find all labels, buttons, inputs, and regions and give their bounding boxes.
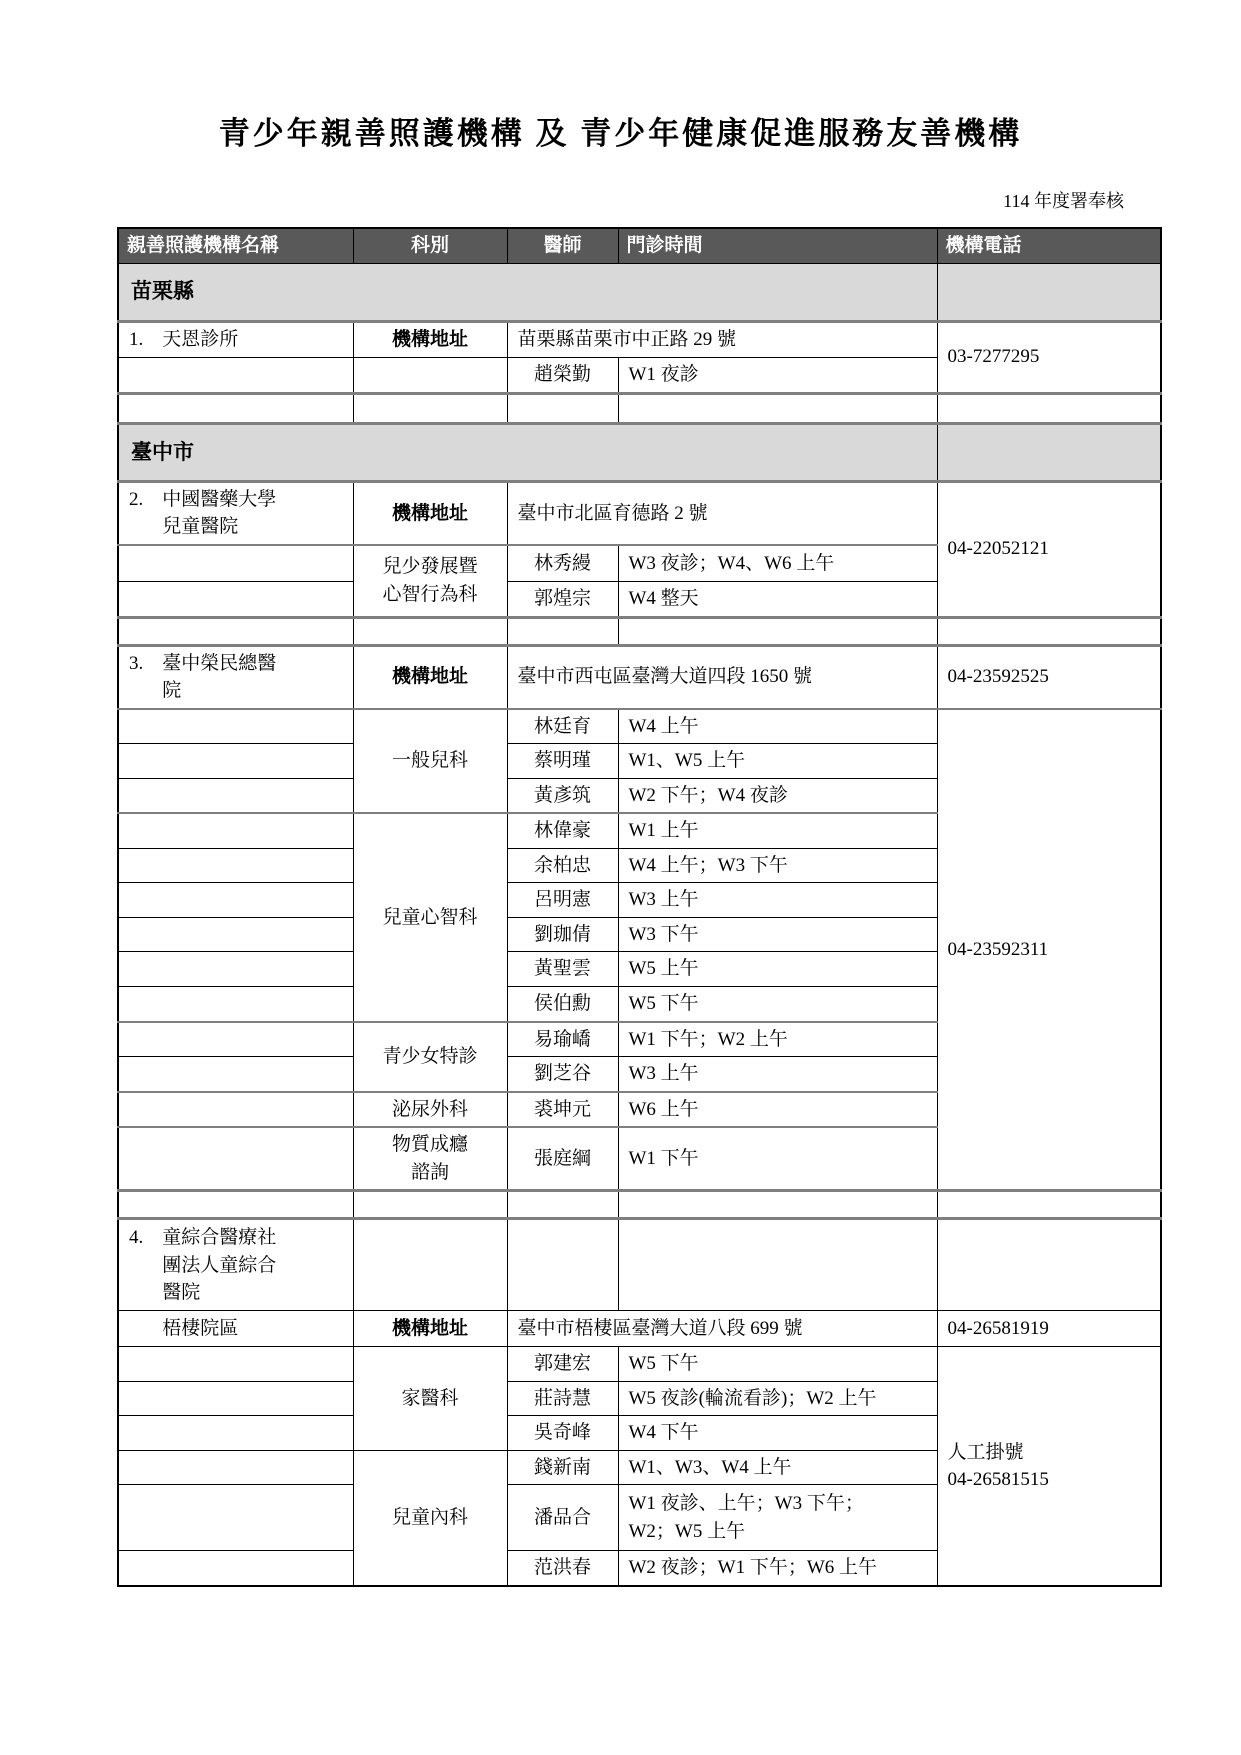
empty-cell bbox=[618, 393, 937, 423]
doctor-cell: 黃彥筑 bbox=[507, 778, 618, 813]
column-header-phone: 機構電話 bbox=[937, 228, 1161, 263]
facility-table: 親善照護機構名稱科別醫師門診時間機構電話苗栗縣1. 天恩診所機構地址苗栗縣苗栗市… bbox=[117, 227, 1162, 1587]
empty-cell bbox=[118, 1092, 353, 1128]
section-cell: 苗栗縣 bbox=[118, 263, 937, 321]
dept-cell: 家醫科 bbox=[353, 1347, 507, 1451]
empty-cell bbox=[118, 357, 353, 393]
empty-cell bbox=[937, 1191, 1161, 1219]
doctor-cell: 劉芝谷 bbox=[507, 1057, 618, 1092]
dept-cell: 泌尿外科 bbox=[353, 1092, 507, 1128]
hours-cell: W2 下午；W4 夜診 bbox=[618, 778, 937, 813]
section-cell bbox=[937, 423, 1161, 481]
empty-cell bbox=[353, 1219, 507, 1311]
empty-cell bbox=[118, 1485, 353, 1551]
doctor-cell: 潘品合 bbox=[507, 1485, 618, 1551]
empty-cell bbox=[118, 1127, 353, 1191]
empty-cell bbox=[118, 1057, 353, 1092]
empty-cell bbox=[353, 617, 507, 645]
hours-cell: W5 上午 bbox=[618, 952, 937, 987]
doctor-cell: 郭煌宗 bbox=[507, 581, 618, 617]
empty-cell bbox=[118, 393, 353, 423]
addr-label-cell: 機構地址 bbox=[353, 321, 507, 357]
addr-cell: 臺中市西屯區臺灣大道四段 1650 號 bbox=[507, 645, 937, 709]
hours-cell: W1 夜診 bbox=[618, 357, 937, 393]
doctor-cell: 林廷育 bbox=[507, 709, 618, 744]
addr-cell: 臺中市北區育德路 2 號 bbox=[507, 481, 937, 545]
org-cell: 4. 童綜合醫療社 團法人童綜合 醫院 bbox=[118, 1219, 353, 1311]
org-cell: 2. 中國醫藥大學 兒童醫院 bbox=[118, 481, 353, 545]
addr-label-cell: 機構地址 bbox=[353, 645, 507, 709]
addr-label-cell: 機構地址 bbox=[353, 1311, 507, 1347]
phone-cell: 03-7277295 bbox=[937, 321, 1161, 393]
phone-cell: 04-23592311 bbox=[937, 709, 1161, 1191]
column-header-hours: 門診時間 bbox=[618, 228, 937, 263]
hours-cell: W3 夜診；W4、W6 上午 bbox=[618, 545, 937, 581]
doctor-cell: 張庭綱 bbox=[507, 1127, 618, 1191]
column-header-name: 親善照護機構名稱 bbox=[118, 228, 353, 263]
doctor-cell: 范洪春 bbox=[507, 1551, 618, 1586]
hours-cell: W4 上午；W3 下午 bbox=[618, 848, 937, 883]
phone-cell: 04-22052121 bbox=[937, 481, 1161, 617]
doctor-cell: 林秀縵 bbox=[507, 545, 618, 581]
section-cell bbox=[937, 263, 1161, 321]
table-row: 4. 童綜合醫療社 團法人童綜合 醫院 bbox=[118, 1219, 1161, 1311]
addr-label-cell: 機構地址 bbox=[353, 481, 507, 545]
column-header-doctor: 醫師 bbox=[507, 228, 618, 263]
org-cell: 3. 臺中榮民總醫 院 bbox=[118, 645, 353, 709]
empty-cell bbox=[118, 744, 353, 779]
phone-cell: 人工掛號 04-26581515 bbox=[937, 1347, 1161, 1586]
spacer-row bbox=[118, 617, 1161, 645]
hours-cell: W5 下午 bbox=[618, 1347, 937, 1382]
doctor-cell: 裘坤元 bbox=[507, 1092, 618, 1128]
doctor-cell: 郭建宏 bbox=[507, 1347, 618, 1382]
empty-cell bbox=[507, 617, 618, 645]
org-cell: 1. 天恩診所 bbox=[118, 321, 353, 357]
hours-cell: W4 整天 bbox=[618, 581, 937, 617]
empty-cell bbox=[118, 848, 353, 883]
empty-cell bbox=[507, 1191, 618, 1219]
table-row: 一般兒科林廷育W4 上午04-23592311 bbox=[118, 709, 1161, 744]
empty-cell bbox=[118, 917, 353, 952]
section-row: 苗栗縣 bbox=[118, 263, 1161, 321]
empty-cell bbox=[118, 1381, 353, 1416]
spacer-row bbox=[118, 1191, 1161, 1219]
column-header-dept: 科別 bbox=[353, 228, 507, 263]
hours-cell: W3 上午 bbox=[618, 883, 937, 918]
hours-cell: W3 上午 bbox=[618, 1057, 937, 1092]
empty-cell bbox=[118, 1347, 353, 1382]
empty-cell bbox=[937, 393, 1161, 423]
dept-cell: 物質成癮 諮詢 bbox=[353, 1127, 507, 1191]
empty-cell bbox=[118, 545, 353, 581]
empty-cell bbox=[118, 617, 353, 645]
table-row: 3. 臺中榮民總醫 院機構地址臺中市西屯區臺灣大道四段 1650 號04-235… bbox=[118, 645, 1161, 709]
empty-cell bbox=[618, 1191, 937, 1219]
table-row: 1. 天恩診所機構地址苗栗縣苗栗市中正路 29 號03-7277295 bbox=[118, 321, 1161, 357]
table-header-row: 親善照護機構名稱科別醫師門診時間機構電話 bbox=[118, 228, 1161, 263]
phone-cell: 04-26581919 bbox=[937, 1311, 1161, 1347]
approval-note: 114 年度署奉核 bbox=[117, 187, 1160, 213]
empty-cell bbox=[507, 1219, 618, 1311]
dept-cell: 兒少發展暨 心智行為科 bbox=[353, 545, 507, 617]
doctor-cell: 黃聖雲 bbox=[507, 952, 618, 987]
table-row: 2. 中國醫藥大學 兒童醫院機構地址臺中市北區育德路 2 號04-2205212… bbox=[118, 481, 1161, 545]
empty-cell bbox=[937, 617, 1161, 645]
section-row: 臺中市 bbox=[118, 423, 1161, 481]
doctor-cell: 呂明憲 bbox=[507, 883, 618, 918]
hours-cell: W3 下午 bbox=[618, 917, 937, 952]
phone-cell: 04-23592525 bbox=[937, 645, 1161, 709]
doctor-cell: 易瑜嶠 bbox=[507, 1022, 618, 1057]
empty-cell bbox=[118, 883, 353, 918]
page-title: 青少年親善照護機構 及 青少年健康促進服務友善機構 bbox=[40, 108, 1201, 153]
empty-cell bbox=[353, 357, 507, 393]
hours-cell: W6 上午 bbox=[618, 1092, 937, 1128]
spacer-row bbox=[118, 393, 1161, 423]
empty-cell bbox=[618, 1219, 937, 1311]
org2-cell: 梧棲院區 bbox=[118, 1311, 353, 1347]
document-page: 青少年親善照護機構 及 青少年健康促進服務友善機構 114 年度署奉核 親善照護… bbox=[0, 0, 1241, 1587]
dept-cell: 兒童內科 bbox=[353, 1450, 507, 1586]
empty-cell bbox=[118, 778, 353, 813]
doctor-cell: 蔡明瑾 bbox=[507, 744, 618, 779]
empty-cell bbox=[118, 709, 353, 744]
doctor-cell: 趙榮勤 bbox=[507, 357, 618, 393]
empty-cell bbox=[118, 581, 353, 617]
hours-cell: W1、W3、W4 上午 bbox=[618, 1450, 937, 1485]
hours-cell: W1 上午 bbox=[618, 813, 937, 848]
empty-cell bbox=[118, 1416, 353, 1451]
hours-cell: W5 夜診(輪流看診)；W2 上午 bbox=[618, 1381, 937, 1416]
hours-cell: W4 下午 bbox=[618, 1416, 937, 1451]
hours-cell: W4 上午 bbox=[618, 709, 937, 744]
hours-cell: W1 下午；W2 上午 bbox=[618, 1022, 937, 1057]
empty-cell bbox=[353, 1191, 507, 1219]
doctor-cell: 劉珈倩 bbox=[507, 917, 618, 952]
empty-cell bbox=[507, 393, 618, 423]
doctor-cell: 吳奇峰 bbox=[507, 1416, 618, 1451]
empty-cell bbox=[353, 393, 507, 423]
addr-cell: 苗栗縣苗栗市中正路 29 號 bbox=[507, 321, 937, 357]
empty-cell bbox=[118, 987, 353, 1022]
empty-cell bbox=[118, 1551, 353, 1586]
doctor-cell: 余柏忠 bbox=[507, 848, 618, 883]
section-cell: 臺中市 bbox=[118, 423, 937, 481]
empty-cell bbox=[118, 952, 353, 987]
table-row: 家醫科郭建宏W5 下午人工掛號 04-26581515 bbox=[118, 1347, 1161, 1382]
empty-cell bbox=[118, 1022, 353, 1057]
addr-cell: 臺中市梧棲區臺灣大道八段 699 號 bbox=[507, 1311, 937, 1347]
doctor-cell: 錢新南 bbox=[507, 1450, 618, 1485]
dept-cell: 青少女特診 bbox=[353, 1022, 507, 1092]
doctor-cell: 莊詩慧 bbox=[507, 1381, 618, 1416]
empty-cell bbox=[118, 1191, 353, 1219]
hours-cell: W1 下午 bbox=[618, 1127, 937, 1191]
hours-cell: W1、W5 上午 bbox=[618, 744, 937, 779]
dept-cell: 兒童心智科 bbox=[353, 813, 507, 1021]
hours-cell: W2 夜診；W1 下午；W6 上午 bbox=[618, 1551, 937, 1586]
empty-cell bbox=[618, 617, 937, 645]
doctor-cell: 侯伯勳 bbox=[507, 987, 618, 1022]
empty-cell bbox=[118, 813, 353, 848]
hours-cell: W5 下午 bbox=[618, 987, 937, 1022]
empty-cell bbox=[937, 1219, 1161, 1311]
hours-cell: W1 夜診、上午；W3 下午； W2；W5 上午 bbox=[618, 1485, 937, 1551]
doctor-cell: 林偉豪 bbox=[507, 813, 618, 848]
table-row: 梧棲院區機構地址臺中市梧棲區臺灣大道八段 699 號04-26581919 bbox=[118, 1311, 1161, 1347]
empty-cell bbox=[118, 1450, 353, 1485]
dept-cell: 一般兒科 bbox=[353, 709, 507, 814]
